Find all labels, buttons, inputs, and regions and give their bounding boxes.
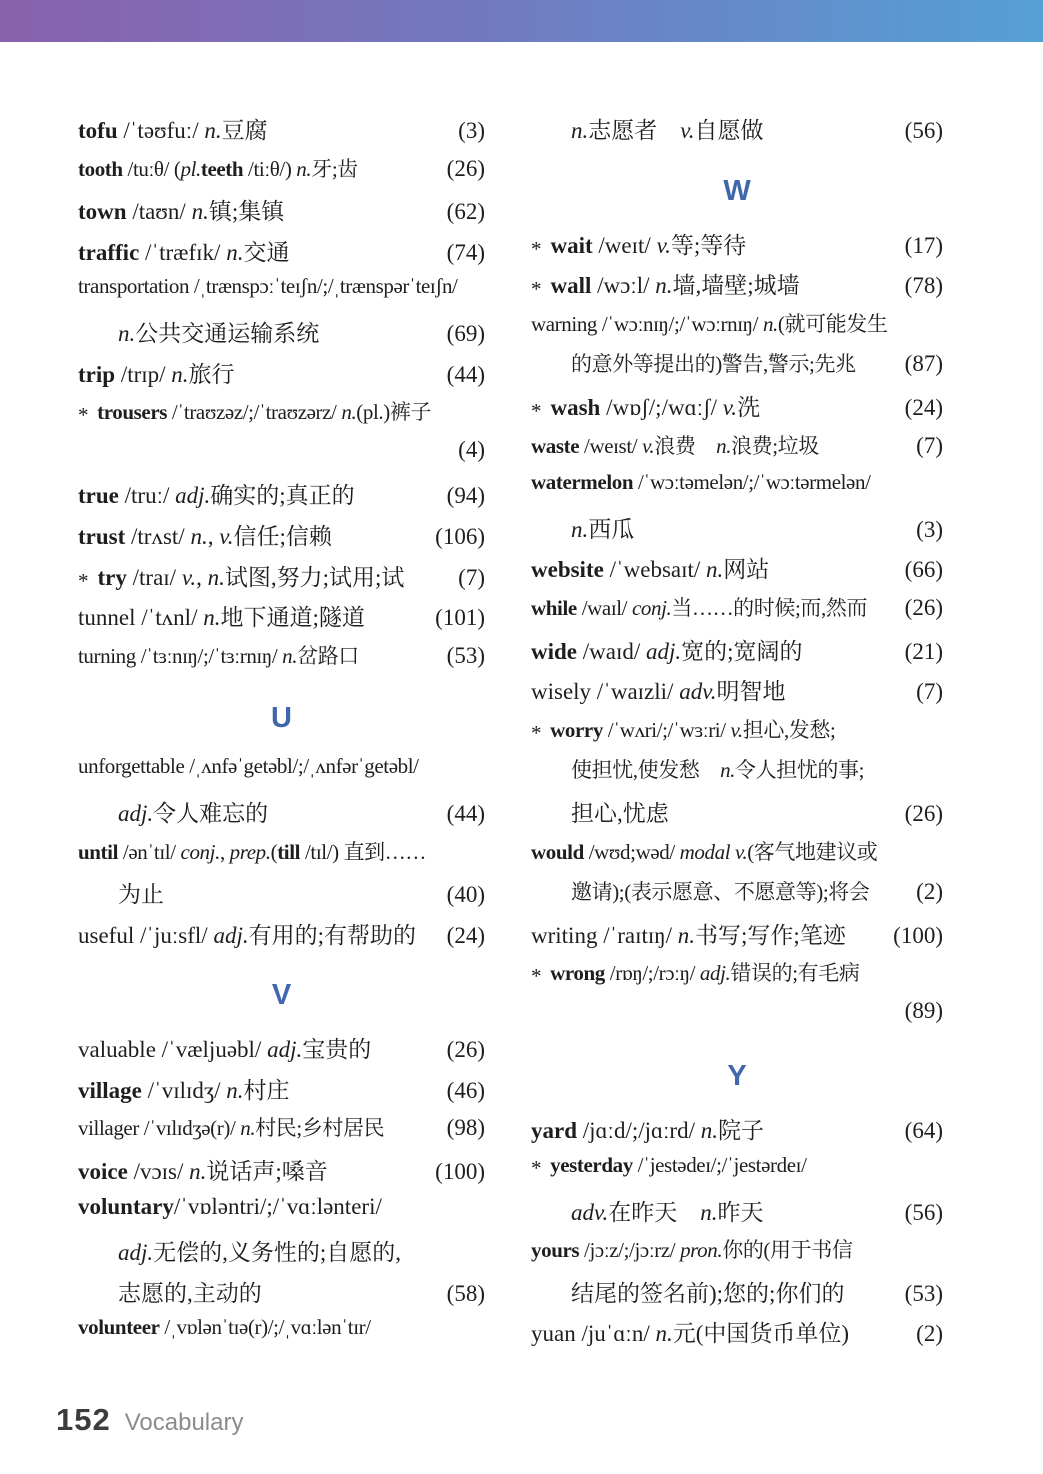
page-ref: (26) <box>905 801 943 827</box>
vocab-line: voluntary/ˈvɒləntri/;/ˈvɑːlənteri/ <box>78 1194 485 1235</box>
vocab-line: 使担忧,使发愁 n.令人担忧的事; <box>531 754 943 795</box>
entry-text: 使担忧,使发愁 n.令人担忧的事; <box>531 754 937 784</box>
page-number: 152 <box>56 1402 111 1438</box>
entry-text: voice /vɔɪs/ n.说话声;嗓音 <box>78 1153 429 1186</box>
vocab-line: website /ˈwebsaɪt/ n.网站(66) <box>531 551 943 592</box>
page-ref: (46) <box>447 1078 485 1104</box>
page-footer: 152 Vocabulary <box>56 1402 243 1438</box>
page-ref: (7) <box>458 565 485 591</box>
vocab-line: town /taʊn/ n.镇;集镇(62) <box>78 193 485 234</box>
vocab-line: adj.无偿的,义务性的;自愿的, <box>78 1234 485 1275</box>
entry-text: volunteer /ˌvɒlənˈtɪə(r)/;/ˌvɑːlənˈtɪr/ <box>78 1315 479 1340</box>
entry-text: 结尾的签名前);您的;你们的 <box>531 1275 899 1308</box>
vocab-line: voice /vɔɪs/ n.说话声;嗓音(100) <box>78 1153 485 1194</box>
vocab-line: (4) <box>78 437 485 478</box>
vocab-line: waste /weɪst/ v.浪费 n.浪费;垃圾(7) <box>531 430 943 471</box>
star-marker: * <box>531 399 542 424</box>
vocab-line: 为止(40) <box>78 876 485 917</box>
vocab-line: 志愿的,主动的(58) <box>78 1275 485 1316</box>
vocab-line: valuable /ˈvæljuəbl/ adj.宝贵的(26) <box>78 1031 485 1072</box>
entry-text: villager /ˈvɪlɪdʒə(r)/ n.村民;乡村居民 <box>78 1112 441 1142</box>
entry-text: town /taʊn/ n.镇;集镇 <box>78 193 441 226</box>
vocab-line: wisely /ˈwaɪzli/ adv.明智地(7) <box>531 673 943 714</box>
entry-text: adv.在昨天 n.昨天 <box>531 1194 899 1227</box>
entry-text: writing /ˈraɪtɪŋ/ n.书写;写作;笔迹 <box>531 917 887 950</box>
star-marker: * <box>531 1156 541 1181</box>
vocab-line: wide /waɪd/ adj.宽的;宽阔的(21) <box>531 633 943 674</box>
entry-text: while /waɪl/ conj.当……的时候;而,然而 <box>531 592 899 622</box>
vocab-line: *wash /wɒʃ/;/wɑːʃ/ v.洗(24) <box>531 389 943 430</box>
vocab-line: *wall /wɔːl/ n.墙,墙壁;城墙(78) <box>531 267 943 308</box>
vocab-line: 结尾的签名前);您的;你们的(53) <box>531 1275 943 1316</box>
right-column: n.志愿者 v.自愿做(56)W*wait /weɪt/ v.等;等待(17)*… <box>531 112 943 1356</box>
entry-text: trip /trɪp/ n.旅行 <box>78 356 441 389</box>
page-ref: (40) <box>447 882 485 908</box>
vocab-line: *worry /ˈwʌri/;/ˈwɜːri/ v.担心,发愁; <box>531 714 943 755</box>
page-ref: (69) <box>447 321 485 347</box>
entry-text: n.志愿者 v.自愿做 <box>531 112 899 145</box>
vocab-line: *try /traɪ/ v., n.试图,努力;试用;试(7) <box>78 559 485 600</box>
vocab-line: trust /trʌst/ n., v.信任;信赖(106) <box>78 518 485 559</box>
entry-text: yuan /juˈɑːn/ n.元(中国货币单位) <box>531 1315 910 1348</box>
entry-text: would /wʊd;wəd/ modal v.(客气地建议或 <box>531 836 937 866</box>
entry-text: adj.无偿的,义务性的;自愿的, <box>78 1234 479 1267</box>
vocab-line: n.志愿者 v.自愿做(56) <box>531 112 943 153</box>
section-letter-U: U <box>78 698 485 738</box>
vocab-line: adv.在昨天 n.昨天(56) <box>531 1194 943 1235</box>
page-ref: (87) <box>905 351 943 377</box>
page-ref: (17) <box>905 233 943 259</box>
entry-text: *trousers /ˈtraʊzəz/;/ˈtraʊzərz/ n.(pl.)… <box>78 396 479 426</box>
entry-text: n.公共交通运输系统 <box>78 315 441 348</box>
vocab-line: n.公共交通运输系统(69) <box>78 315 485 356</box>
entry-text: watermelon /ˈwɔːtəmelən/;/ˈwɔːtərmelən/ <box>531 470 937 495</box>
vocab-line: *wrong /rɒŋ/;/rɔːŋ/ adj.错误的;有毛病 <box>531 957 943 998</box>
page-ref: (94) <box>447 483 485 509</box>
vocab-line: *yesterday /ˈjestədeɪ/;/ˈjestərdeɪ/ <box>531 1153 943 1194</box>
page-ref: (3) <box>916 517 943 543</box>
vocab-line: watermelon /ˈwɔːtəmelən/;/ˈwɔːtərmelən/ <box>531 470 943 511</box>
entry-text: turning /ˈtɜːnɪŋ/;/ˈtɜːrnɪŋ/ n.岔路口 <box>78 640 441 670</box>
vocab-line: while /waɪl/ conj.当……的时候;而,然而(26) <box>531 592 943 633</box>
entry-text: website /ˈwebsaɪt/ n.网站 <box>531 551 899 584</box>
vocab-line: tunnel /ˈtʌnl/ n.地下通道;隧道(101) <box>78 599 485 640</box>
star-marker: * <box>531 237 542 262</box>
page-ref: (24) <box>447 923 485 949</box>
vocab-line: yours /jɔːz/;/jɔːrz/ pron.你的(用于书信 <box>531 1234 943 1275</box>
entry-text: 的意外等提出的)警告,警示;先兆 <box>531 348 899 378</box>
vocab-line: *wait /weɪt/ v.等;等待(17) <box>531 227 943 268</box>
gradient-header-bar <box>0 0 1043 42</box>
page-ref: (64) <box>905 1118 943 1144</box>
entry-text: village /ˈvɪlɪdʒ/ n.村庄 <box>78 1072 441 1105</box>
vocab-line: yard /jɑːd/;/jɑːrd/ n.院子(64) <box>531 1112 943 1153</box>
entry-text: yours /jɔːz/;/jɔːrz/ pron.你的(用于书信 <box>531 1234 937 1264</box>
entry-text: *wash /wɒʃ/;/wɑːʃ/ v.洗 <box>531 389 899 422</box>
vocab-line: volunteer /ˌvɒlənˈtɪə(r)/;/ˌvɑːlənˈtɪr/ <box>78 1315 485 1356</box>
page-ref: (100) <box>893 923 943 949</box>
entry-text: 志愿的,主动的 <box>78 1275 441 1308</box>
page-ref: (24) <box>905 395 943 421</box>
vocab-line: village /ˈvɪlɪdʒ/ n.村庄(46) <box>78 1072 485 1113</box>
page-ref: (106) <box>435 524 485 550</box>
entry-text: tooth /tuːθ/ (pl.teeth /tiːθ/) n.牙;齿 <box>78 153 441 183</box>
page-ref: (101) <box>435 605 485 631</box>
vocab-line: yuan /juˈɑːn/ n.元(中国货币单位)(2) <box>531 1315 943 1356</box>
star-marker: * <box>78 403 88 428</box>
vocab-line: useful /ˈjuːsfl/ adj.有用的;有帮助的(24) <box>78 917 485 958</box>
vocab-line: unforgettable /ˌʌnfəˈgetəbl/;/ˌʌnfərˈget… <box>78 754 485 795</box>
page-ref: (7) <box>916 433 943 459</box>
vocab-line: turning /ˈtɜːnɪŋ/;/ˈtɜːrnɪŋ/ n.岔路口(53) <box>78 640 485 681</box>
page-ref: (2) <box>916 879 943 905</box>
page-ref: (53) <box>905 1281 943 1307</box>
entry-text: warning /ˈwɔːnɪŋ/;/ˈwɔːrnɪŋ/ n.(就可能发生 <box>531 308 937 338</box>
vocab-line: n.西瓜(3) <box>531 511 943 552</box>
page-ref: (78) <box>905 273 943 299</box>
section-letter-Y: Y <box>531 1056 943 1096</box>
page-ref: (89) <box>905 998 943 1024</box>
vocab-line: adj.令人难忘的(44) <box>78 795 485 836</box>
vocab-line: until /ənˈtɪl/ conj., prep.(till /tɪl/) … <box>78 836 485 877</box>
entry-text: *wrong /rɒŋ/;/rɔːŋ/ adj.错误的;有毛病 <box>531 957 937 987</box>
vocab-line: would /wʊd;wəd/ modal v.(客气地建议或 <box>531 836 943 877</box>
section-letter-V: V <box>78 975 485 1015</box>
vocab-line: villager /ˈvɪlɪdʒə(r)/ n.村民;乡村居民(98) <box>78 1112 485 1153</box>
entry-text: *yesterday /ˈjestədeɪ/;/ˈjestərdeɪ/ <box>531 1153 937 1178</box>
vocab-line: writing /ˈraɪtɪŋ/ n.书写;写作;笔迹(100) <box>531 917 943 958</box>
page-ref: (44) <box>447 801 485 827</box>
vocab-line: warning /ˈwɔːnɪŋ/;/ˈwɔːrnɪŋ/ n.(就可能发生 <box>531 308 943 349</box>
page-ref: (58) <box>447 1281 485 1307</box>
vocab-line: (89) <box>531 998 943 1039</box>
page-ref: (56) <box>905 1200 943 1226</box>
entry-text: yard /jɑːd/;/jɑːrd/ n.院子 <box>531 1112 899 1145</box>
entry-text: true /truː/ adj.确实的;真正的 <box>78 477 441 510</box>
vocab-line: true /truː/ adj.确实的;真正的(94) <box>78 477 485 518</box>
page-ref: (26) <box>905 595 943 621</box>
vocab-line: transportation /ˌtrænspɔːˈteɪʃn/;/ˌtræns… <box>78 274 485 315</box>
entry-text: 担心,忧虑 <box>531 795 899 828</box>
vocab-line: trip /trɪp/ n.旅行(44) <box>78 356 485 397</box>
entry-text: n.西瓜 <box>531 511 910 544</box>
page-ref: (74) <box>447 240 485 266</box>
entry-text: 邀请);(表示愿意、不愿意等);将会 <box>531 876 910 906</box>
entry-text: transportation /ˌtrænspɔːˈteɪʃn/;/ˌtræns… <box>78 274 479 299</box>
entry-text: wide /waɪd/ adj.宽的;宽阔的 <box>531 633 899 666</box>
vocabulary-page-body: tofu /ˈtəʊfuː/ n.豆腐(3)tooth /tuːθ/ (pl.t… <box>0 42 1043 1356</box>
vocab-line: tooth /tuːθ/ (pl.teeth /tiːθ/) n.牙;齿(26) <box>78 153 485 194</box>
entry-text: unforgettable /ˌʌnfəˈgetəbl/;/ˌʌnfərˈget… <box>78 754 479 779</box>
entry-text: *try /traɪ/ v., n.试图,努力;试用;试 <box>78 559 452 592</box>
entry-text: traffic /ˈtræfɪk/ n.交通 <box>78 234 441 267</box>
entry-text: waste /weɪst/ v.浪费 n.浪费;垃圾 <box>531 430 910 460</box>
entry-text: *wait /weɪt/ v.等;等待 <box>531 227 899 260</box>
page-ref: (53) <box>447 643 485 669</box>
entry-text: 为止 <box>78 876 441 909</box>
section-letter-W: W <box>531 171 943 211</box>
star-marker: * <box>531 277 542 302</box>
entry-text: *wall /wɔːl/ n.墙,墙壁;城墙 <box>531 267 899 300</box>
page-ref: (21) <box>905 639 943 665</box>
page-ref: (26) <box>447 156 485 182</box>
vocab-line: tofu /ˈtəʊfuː/ n.豆腐(3) <box>78 112 485 153</box>
entry-text: valuable /ˈvæljuəbl/ adj.宝贵的 <box>78 1031 441 1064</box>
page-ref: (7) <box>916 679 943 705</box>
entry-text: voluntary/ˈvɒləntri/;/ˈvɑːlənteri/ <box>78 1194 479 1220</box>
page-ref: (62) <box>447 199 485 225</box>
left-column: tofu /ˈtəʊfuː/ n.豆腐(3)tooth /tuːθ/ (pl.t… <box>78 112 485 1356</box>
vocab-line: 的意外等提出的)警告,警示;先兆(87) <box>531 348 943 389</box>
page-ref: (100) <box>435 1159 485 1185</box>
page-ref: (2) <box>916 1321 943 1347</box>
entry-text: until /ənˈtɪl/ conj., prep.(till /tɪl/) … <box>78 836 479 866</box>
page-ref: (56) <box>905 118 943 144</box>
page-ref: (98) <box>447 1115 485 1141</box>
vocab-line: 担心,忧虑(26) <box>531 795 943 836</box>
star-marker: * <box>531 964 541 989</box>
entry-text: tofu /ˈtəʊfuː/ n.豆腐 <box>78 112 452 145</box>
entry-text: trust /trʌst/ n., v.信任;信赖 <box>78 518 429 551</box>
star-marker: * <box>78 569 89 594</box>
page-ref: (4) <box>458 437 485 463</box>
page-ref: (3) <box>458 118 485 144</box>
page-ref: (26) <box>447 1037 485 1063</box>
page-ref: (44) <box>447 362 485 388</box>
entry-text: tunnel /ˈtʌnl/ n.地下通道;隧道 <box>78 599 429 632</box>
entry-text: *worry /ˈwʌri/;/ˈwɜːri/ v.担心,发愁; <box>531 714 937 744</box>
star-marker: * <box>531 721 541 746</box>
entry-text: wisely /ˈwaɪzli/ adv.明智地 <box>531 673 910 706</box>
vocab-line: traffic /ˈtræfɪk/ n.交通(74) <box>78 234 485 275</box>
vocab-line: *trousers /ˈtraʊzəz/;/ˈtraʊzərz/ n.(pl.)… <box>78 396 485 437</box>
page-ref: (66) <box>905 557 943 583</box>
entry-text: useful /ˈjuːsfl/ adj.有用的;有帮助的 <box>78 917 441 950</box>
entry-text: adj.令人难忘的 <box>78 795 441 828</box>
vocab-line: 邀请);(表示愿意、不愿意等);将会(2) <box>531 876 943 917</box>
footer-section-label: Vocabulary <box>125 1409 244 1437</box>
